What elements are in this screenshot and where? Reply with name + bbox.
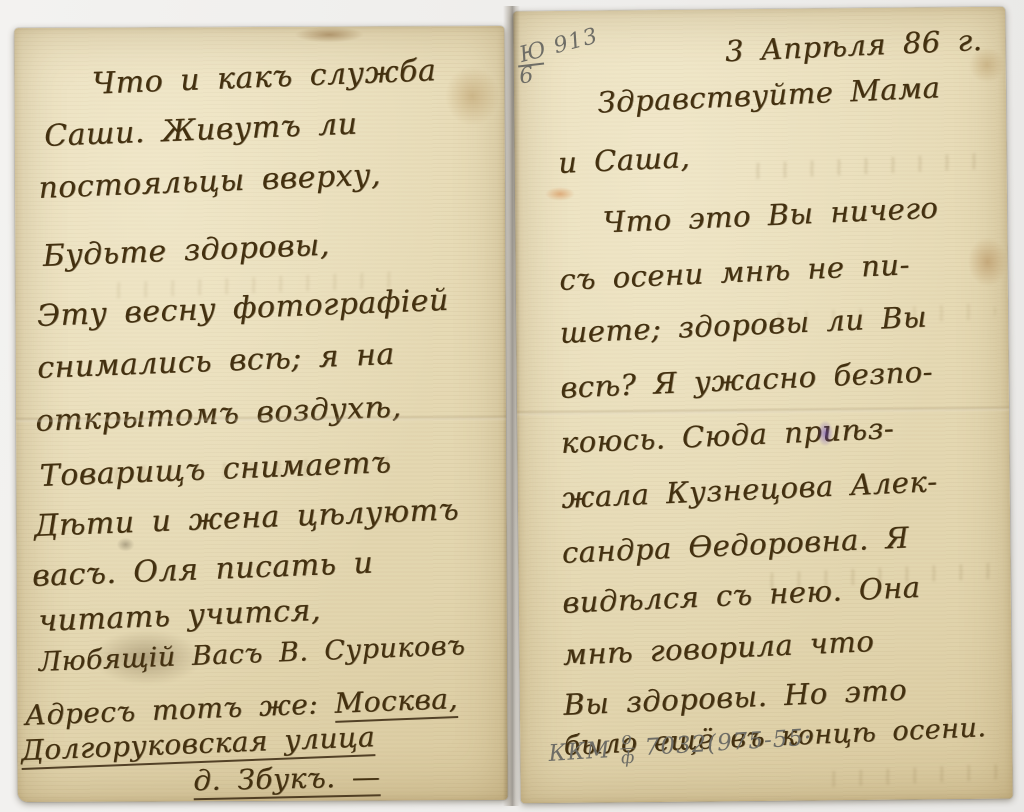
address-line: д. Збукъ. — bbox=[193, 763, 381, 795]
letter-page-right: 3 Апрѣля 86 г. Здравствуйте Мама и Саша,… bbox=[513, 7, 1013, 804]
letter-line: читать учится, bbox=[38, 596, 322, 637]
letter-line: коюсь. Сюда приѣз- bbox=[560, 414, 894, 458]
address-house: д. Збукъ. — bbox=[193, 760, 381, 800]
date-line: 3 Апрѣля 86 г. bbox=[724, 26, 982, 66]
stain bbox=[444, 66, 499, 126]
fold-crease bbox=[517, 407, 1009, 416]
archive-fraction-bottom: ф bbox=[620, 748, 635, 768]
archive-fraction: о ф bbox=[619, 731, 636, 768]
signature-line: Любящій Васъ В. Суриковъ bbox=[38, 632, 466, 676]
letter-line: съ осени мнѣ не пи- bbox=[559, 250, 911, 295]
inventory-lower: 6 bbox=[518, 62, 546, 87]
letter-line: Товарищъ снимаетъ bbox=[39, 448, 392, 492]
letter-page-left: Что и какъ служба Саши. Живутъ ли постоя… bbox=[14, 26, 507, 802]
letter-line: Что и какъ служба bbox=[91, 56, 436, 100]
letter-line: Здравствуйте Мама bbox=[597, 73, 941, 117]
letter-line: видѣлся съ нею. Она bbox=[562, 573, 921, 618]
letter-line: жала Кузнецова Алек- bbox=[561, 467, 938, 513]
letter-line: Будьте здоровы, bbox=[42, 231, 330, 272]
letter-line: сандра Ѳедоровна. Я bbox=[561, 523, 909, 567]
inventory-upper: Ю 913 bbox=[517, 24, 601, 68]
letter-line: и Саша, bbox=[558, 143, 691, 178]
archive-digits: 7032(975-55· bbox=[644, 725, 813, 761]
address-line: Адресъ тотъ же: Москва, bbox=[24, 685, 458, 730]
show-through-ghost bbox=[744, 152, 994, 179]
address-city: Москва, bbox=[334, 682, 459, 723]
letter-line: Эту весну фотографіей bbox=[36, 286, 449, 332]
archive-number: ККМ о ф 7032(975-55· bbox=[547, 720, 813, 772]
letter-line: Вы здоровы. Но это bbox=[563, 676, 908, 720]
stain bbox=[967, 237, 1007, 287]
pencil-inventory-mark: Ю 913 6 bbox=[518, 27, 606, 87]
letter-line: постояльцы вверху, bbox=[38, 161, 382, 204]
letter-line: мнѣ говорила что bbox=[562, 627, 875, 670]
archive-prefix: ККМ bbox=[548, 737, 612, 767]
letter-line: всѣ? Я ужасно безпо- bbox=[560, 357, 934, 403]
letter-line: васъ. Оля писать и bbox=[32, 549, 374, 592]
letter-line: шете; здоровы ли Вы bbox=[559, 303, 927, 348]
letter-line: снимались всѣ; я на bbox=[37, 340, 396, 384]
letter-line: Саши. Живутъ ли bbox=[44, 110, 358, 152]
letter-scan: Что и какъ служба Саши. Живутъ ли постоя… bbox=[0, 0, 1024, 812]
letter-line: Дѣти и жена цѣлуютъ bbox=[33, 495, 459, 542]
stain bbox=[294, 27, 364, 43]
letter-line: открытомъ воздухѣ, bbox=[35, 393, 402, 437]
show-through-ghost bbox=[820, 764, 1001, 788]
orange-mark bbox=[545, 187, 575, 201]
archive-fraction-top: о bbox=[621, 731, 633, 749]
letter-line: Что это Вы ничего bbox=[602, 194, 939, 238]
